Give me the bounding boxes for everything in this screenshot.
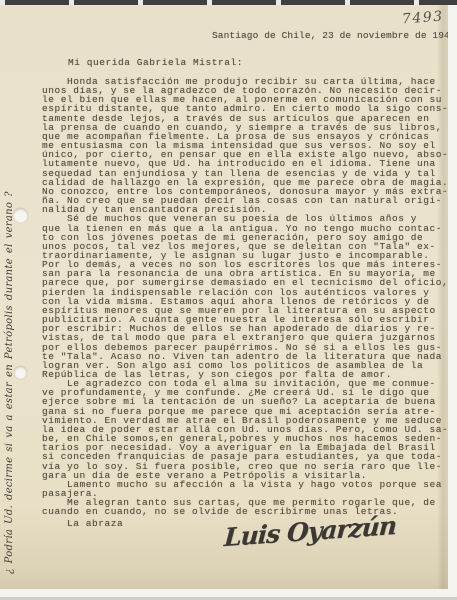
handwritten-margin-note: ¿ Podría Ud. decirme si va a estar en Pe… xyxy=(4,224,15,574)
scanned-letter: 7493 Santiago de Chile, 23 de noviembre … xyxy=(0,0,457,600)
dateline: Santiago de Chile, 23 de noviembre de 19… xyxy=(212,30,448,41)
salutation: Mi querida Gabriela Mistral: xyxy=(68,57,243,68)
letter-body: Honda satisfacción me produjo recibir su… xyxy=(42,77,448,517)
scan-top-edge xyxy=(0,0,457,5)
letter-page: 7493 Santiago de Chile, 23 de noviembre … xyxy=(0,4,448,589)
punch-hole-bottom xyxy=(14,366,27,379)
handwritten-signature: Luis Oyarzún xyxy=(223,511,397,552)
punch-hole-top xyxy=(13,208,28,223)
archive-number: 7493 xyxy=(401,9,444,28)
closing-line: La abraza xyxy=(67,518,123,529)
